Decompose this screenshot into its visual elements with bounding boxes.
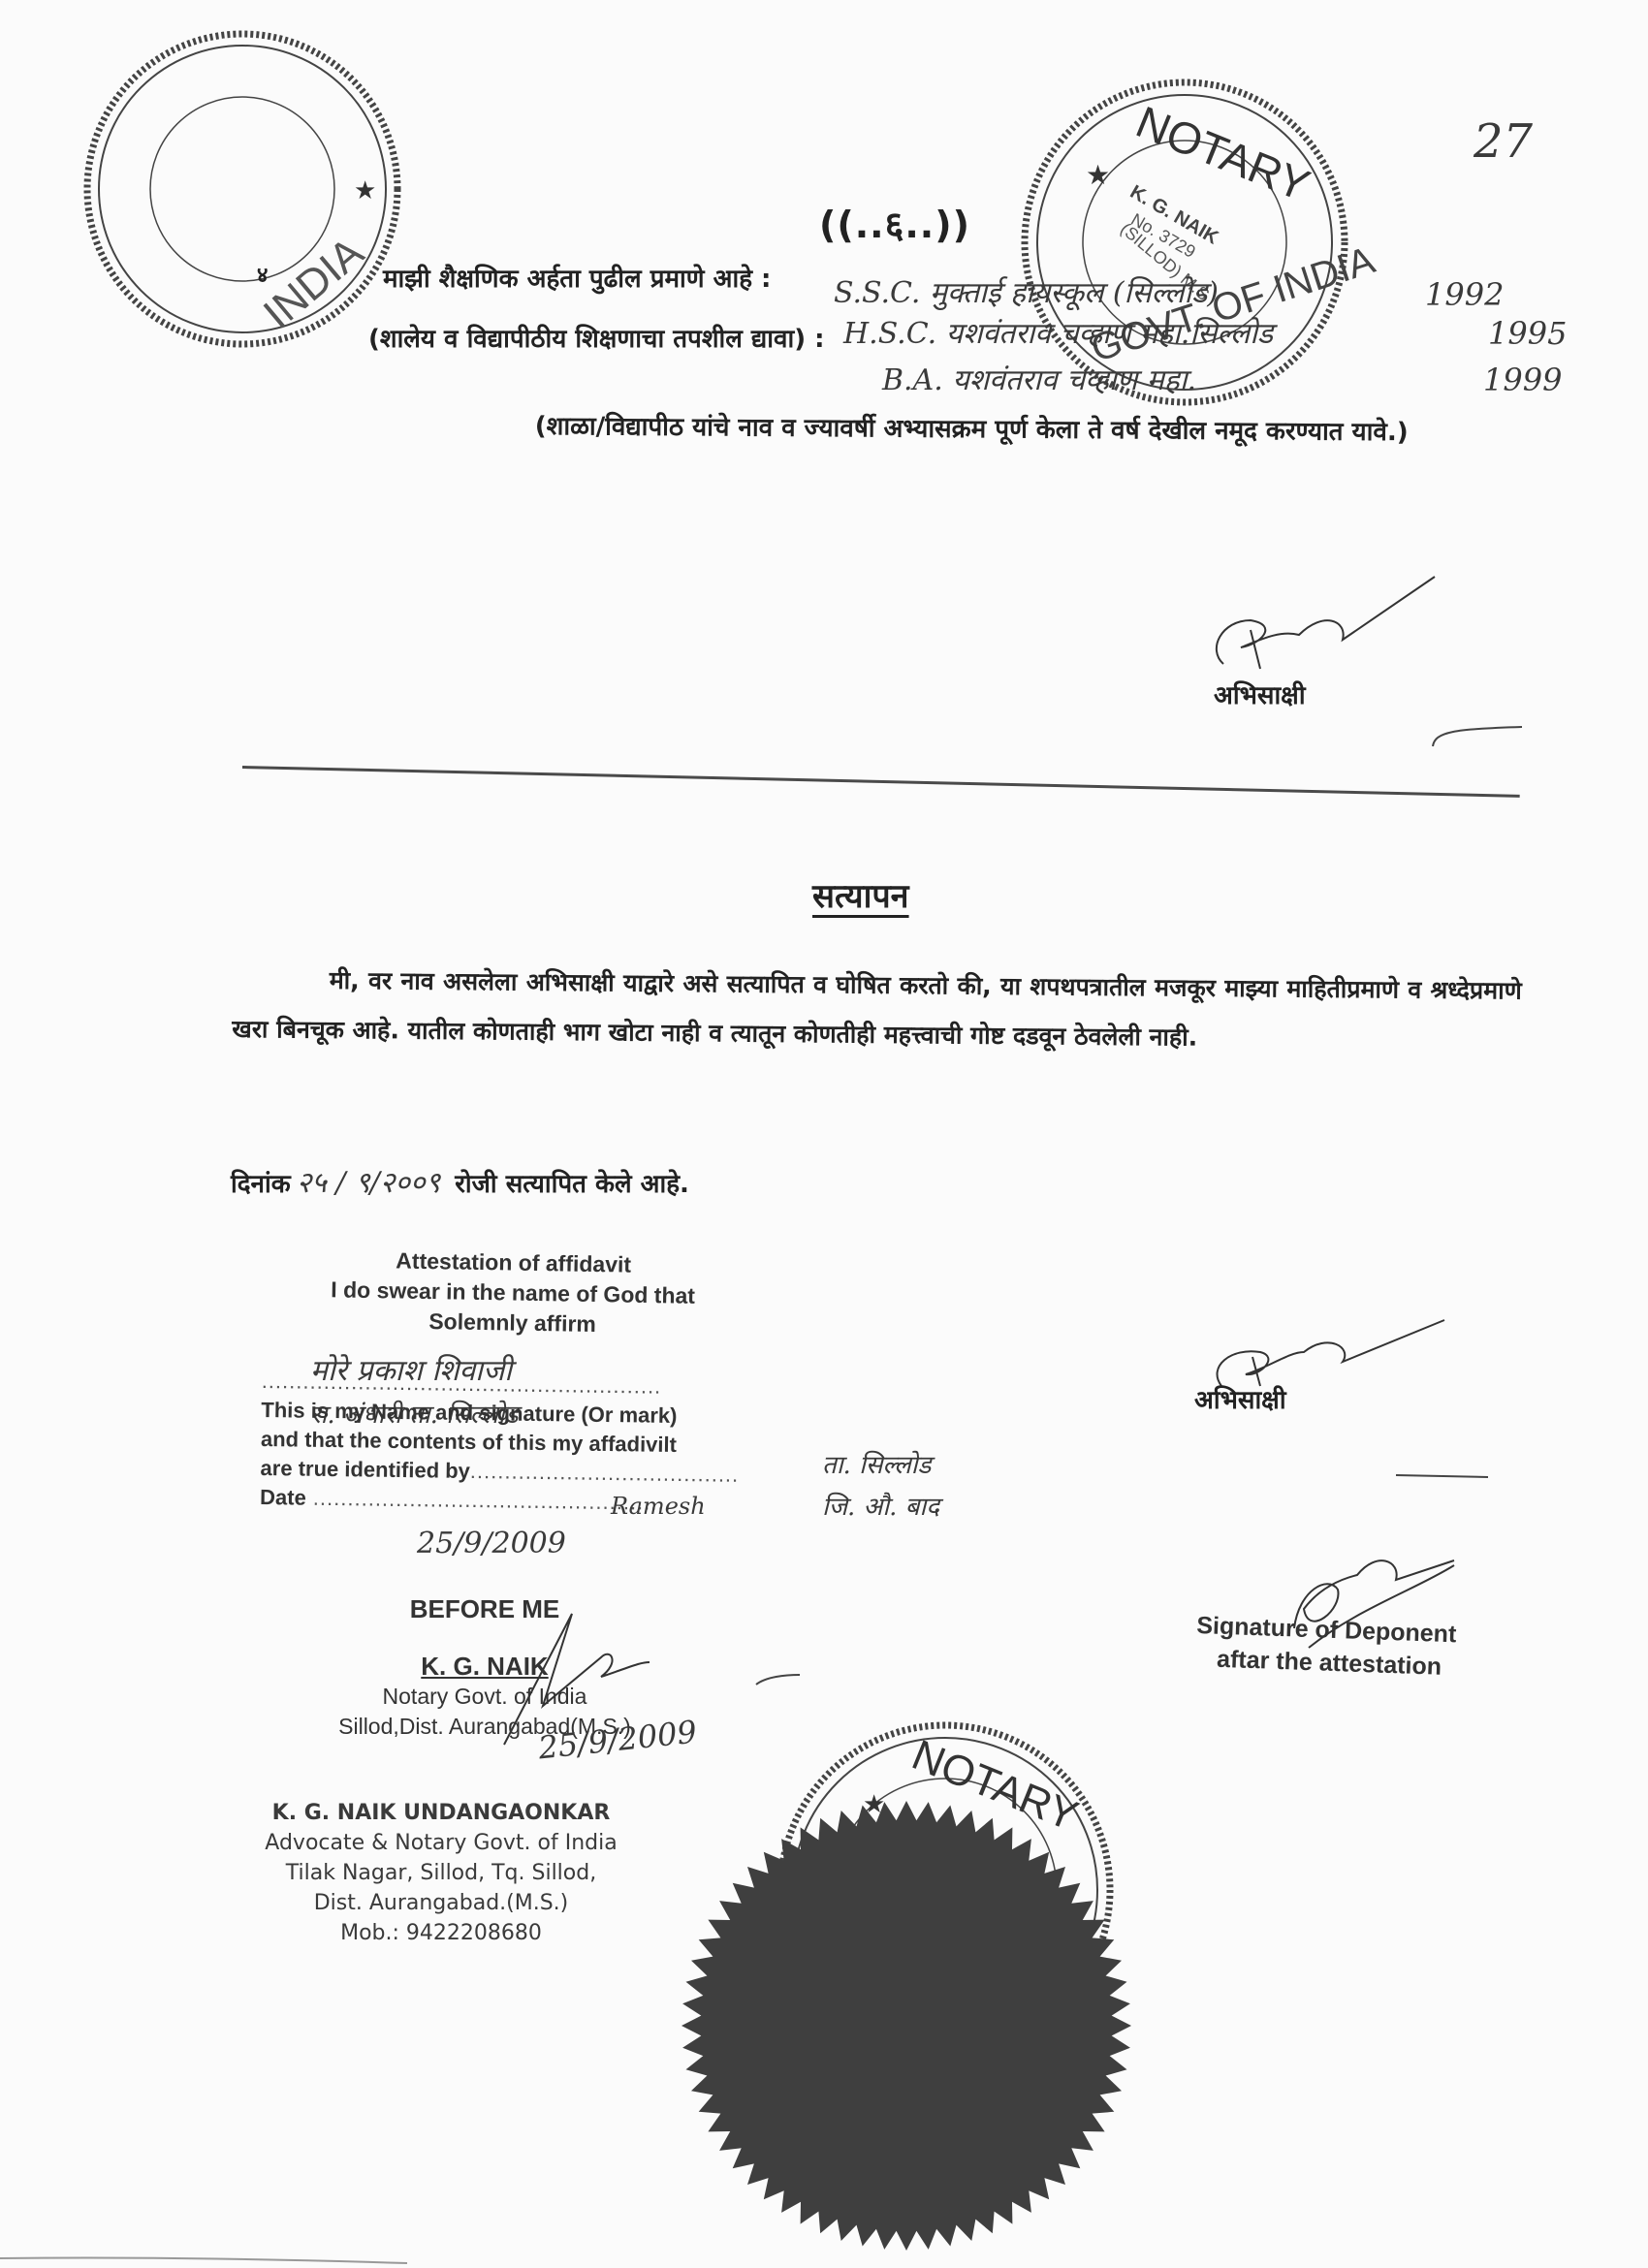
year: 1992 — [1425, 276, 1504, 313]
deponent-label-top: अभिसाक्षी — [1214, 677, 1306, 711]
education-question-note: (शाळा/विद्यापीठ यांचे नाव व ज्यावर्षी अभ… — [535, 407, 1409, 448]
year: 1995 — [1488, 315, 1567, 352]
star-icon: ★ — [354, 176, 376, 205]
bottom-notary-seal: ★ NOTARY — [780, 1725, 1110, 2055]
notary-block: BEFORE ME K. G. NAIK Notary Govt. of Ind… — [291, 1594, 679, 1742]
identified-by-handwritten: Ramesh — [611, 1493, 706, 1520]
qualification: H.S.C. — [843, 317, 936, 351]
institution: मुक्ताई हायस्कूल (सिल्लोड) — [930, 276, 1219, 310]
notary-name: K. G. NAIK — [291, 1652, 679, 1682]
section-divider — [242, 766, 1520, 798]
qualification: S.S.C. — [834, 276, 920, 310]
year: 1999 — [1483, 362, 1562, 398]
education-question-detail: (शालेय व विद्यापीठीय शिक्षणाचा तपशील द्य… — [368, 320, 825, 355]
attestation-date-handwritten: 25/9/2009 — [417, 1527, 566, 1560]
deponent-address-handwritten: जि. औ. बाद — [822, 1488, 939, 1523]
notary-title: Notary Govt. of India — [291, 1682, 679, 1712]
stamp-line: Advocate & Notary Govt. of India — [218, 1828, 664, 1858]
verification-body: मी, वर नाव असलेला अभिसाक्षी याद्वारे असे… — [232, 955, 1522, 1065]
pen-mark — [1396, 1475, 1488, 1477]
qualification: B.A. — [882, 363, 943, 397]
svg-text:NOTARY: NOTARY — [905, 1731, 1085, 1841]
deponent-signature-top — [1217, 577, 1435, 669]
verification-heading: सत्यापन — [812, 872, 909, 917]
pen-mark — [756, 1675, 800, 1685]
date-prefix: दिनांक — [231, 1170, 291, 1199]
institution: यशवंतराव चव्हाण महा. — [952, 363, 1196, 397]
education-entry: S.S.C. मुक्ताई हायस्कूल (सिल्लोड) 1992 — [834, 271, 1219, 311]
attestation-fields: ........................................… — [260, 1367, 805, 1520]
star-icon: ★ — [863, 1790, 885, 1819]
stamp-line: Tilak Nagar, Sillod, Tq. Sillod, — [218, 1858, 664, 1888]
pen-mark — [1433, 727, 1522, 746]
svg-text:No. 3729: No. 3729 — [1127, 209, 1198, 262]
deponent-label-mid: अभिसाक्षी — [1194, 1381, 1286, 1416]
svg-text:NOTARY: NOTARY — [1129, 96, 1316, 210]
svg-text:K. G. NAIK: K. G. NAIK — [1126, 181, 1222, 249]
deponent-signature-mid — [1218, 1320, 1444, 1386]
verification-date-line: दिनांक२५ / ९/२००९ रोजी सत्यापित केले आहे… — [231, 1161, 689, 1201]
stamp-line: Dist. Aurangabad.(M.S.) — [218, 1888, 664, 1918]
page-edge — [0, 2258, 407, 2263]
top-notary-seal: ★ NOTARY GOVT. OF INDIA K. G. NAIK No. 3… — [1025, 82, 1380, 402]
deponent-signature-caption: Signature of Deponent aftar the attestat… — [1195, 1609, 1457, 1684]
institution: यशवंतराव चव्हाण महा.सिल्लोड — [946, 317, 1273, 351]
deponent-address-handwritten: ता. सिल्लोड — [822, 1446, 931, 1481]
attestation-header: Attestation of affidavit I do swear in t… — [260, 1244, 766, 1342]
verification-date: २५ / ९/२००९ — [297, 1166, 441, 1200]
left-partial-seal: ★ INDIA — [87, 34, 397, 344]
handwritten-page-number: 27 — [1474, 114, 1533, 169]
embossed-seal — [681, 1801, 1131, 2251]
stamp-phone: Mob.: 9422208680 — [218, 1918, 664, 1948]
education-entry: B.A. यशवंतराव चव्हाण महा. 1999 — [882, 359, 1196, 398]
star-icon: ★ — [1086, 159, 1110, 191]
item-number: ४ — [257, 260, 268, 289]
education-entry: H.S.C. यशवंतराव चव्हाण महा.सिल्लोड 1995 — [843, 312, 1273, 352]
date-suffix: रोजी सत्यापित केले आहे. — [455, 1170, 689, 1199]
before-me: BEFORE ME — [291, 1594, 679, 1624]
section-number: ((..६..)) — [819, 199, 970, 249]
svg-text:INDIA: INDIA — [255, 228, 373, 337]
notary-address-stamp: K. G. NAIK UNDANGAONKAR Advocate & Notar… — [218, 1798, 664, 1948]
education-question: माझी शैक्षणिक अर्हता पुढील प्रमाणे आहे : — [383, 260, 771, 295]
stamp-name: K. G. NAIK UNDANGAONKAR — [218, 1798, 664, 1828]
